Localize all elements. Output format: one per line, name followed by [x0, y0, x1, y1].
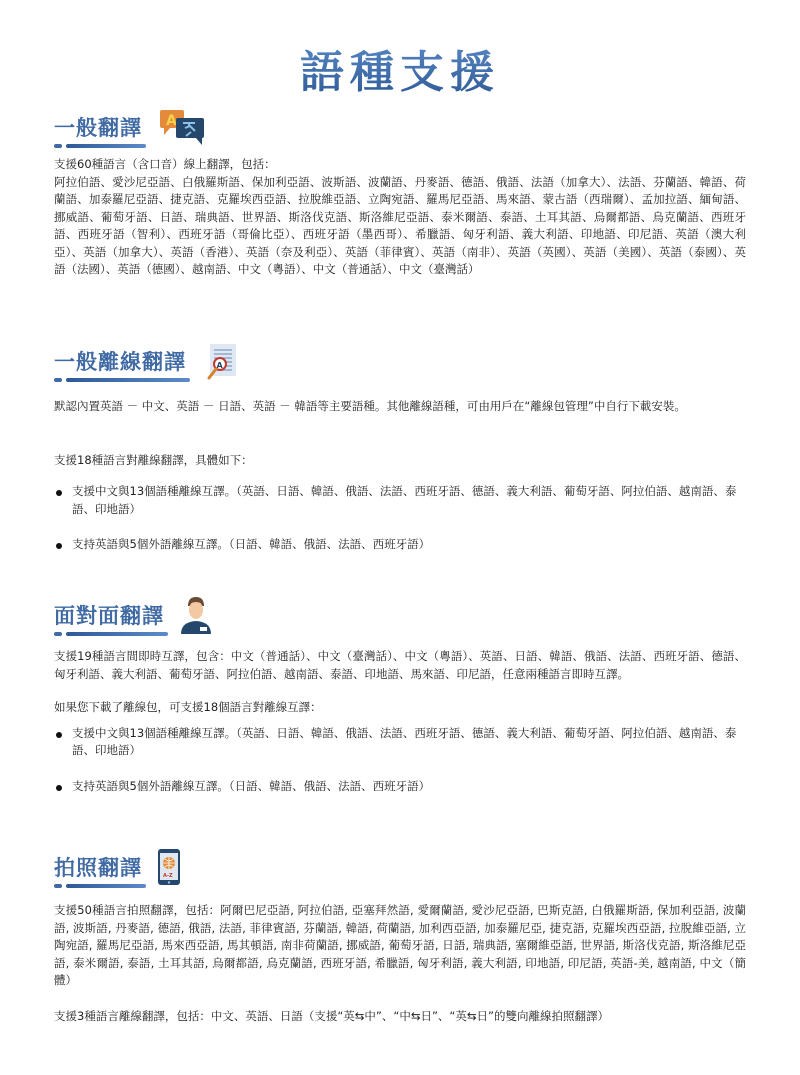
- page-title: 語種支援: [0, 36, 800, 100]
- bullet-list: 支援中文與13個語種離線互譯。（英語、日語、韓語、俄語、法語、西班牙語、德語、義…: [54, 483, 746, 554]
- section-text: 支援50種語言拍照翻譯，包括：阿爾巴尼亞語, 阿拉伯語, 亞塞拜然語, 愛爾蘭語…: [54, 902, 746, 990]
- section-text: 默認內置英語 － 中文、英語 － 日語、英語 － 韓語等主要語種。其他離線語種，…: [54, 398, 746, 416]
- section-offline-translation: 一般離線翻譯 A 默認內置英語 － 中文、英語 － 日語、英語 － 韓語等主要語…: [54, 346, 746, 554]
- svg-text:A: A: [166, 113, 177, 129]
- section-title: 面對面翻譯: [54, 600, 164, 630]
- section-online-translation: 一般翻譯 A 支援60種語言（含口音）線上翻譯，包括： 阿拉伯語、愛沙尼亞語、白…: [54, 112, 746, 279]
- svg-text:A: A: [217, 361, 224, 370]
- document-search-icon: A: [204, 342, 240, 386]
- list-item: 支持英語與5個外語離線互譯。（日語、韓語、俄語、法語、西班牙語）: [54, 536, 746, 554]
- section-photo-translation: 拍照翻譯 A-Z 支援50種語言拍照翻譯，包括：阿爾巴尼亞語, 阿拉伯語, 亞塞…: [54, 852, 746, 1025]
- section-text: 支援60種語言（含口音）線上翻譯，包括：: [54, 156, 746, 174]
- section-title: 拍照翻譯: [54, 852, 142, 882]
- chat-translate-icon: A: [158, 108, 208, 152]
- section-text: 支援18種語言對離線翻譯，具體如下：: [54, 452, 746, 470]
- section-text: 如果您下載了離線包，可支援18個語言對離線互譯：: [54, 699, 746, 717]
- section-face-to-face-translation: 面對面翻譯 支援19種語言間即時互譯，包含：中文（普通話）、中文（臺灣話）、中文…: [54, 600, 746, 795]
- list-item: 支持英語與5個外語離線互譯。（日語、韓語、俄語、法語、西班牙語）: [54, 778, 746, 796]
- section-header: 面對面翻譯: [54, 600, 746, 640]
- list-item: 支援中文與13個語種離線互譯。（英語、日語、韓語、俄語、法語、西班牙語、德語、義…: [54, 725, 746, 760]
- section-title: 一般翻譯: [54, 112, 142, 142]
- list-item: 支援中文與13個語種離線互譯。（英語、日語、韓語、俄語、法語、西班牙語、德語、義…: [54, 483, 746, 518]
- section-text: 支援19種語言間即時互譯，包含：中文（普通話）、中文（臺灣話）、中文（粵語）、英…: [54, 648, 746, 683]
- section-text: 支援3種語言離線翻譯，包括：中文、英語、日語（支援“英⇆中”、“中⇆日”、“英⇆…: [54, 1008, 746, 1026]
- bullet-list: 支援中文與13個語種離線互譯。（英語、日語、韓語、俄語、法語、西班牙語、德語、義…: [54, 725, 746, 796]
- person-badge-icon: [178, 596, 214, 640]
- phone-globe-icon: A-Z: [156, 848, 182, 892]
- section-header: 一般離線翻譯 A: [54, 346, 746, 386]
- svg-text:A-Z: A-Z: [163, 873, 173, 879]
- section-title: 一般離線翻譯: [54, 346, 186, 376]
- section-text: 阿拉伯語、愛沙尼亞語、白俄羅斯語、保加利亞語、波斯語、波蘭語、丹麥語、德語、俄語…: [54, 174, 746, 279]
- section-header: 拍照翻譯 A-Z: [54, 852, 746, 892]
- section-header: 一般翻譯 A: [54, 112, 746, 152]
